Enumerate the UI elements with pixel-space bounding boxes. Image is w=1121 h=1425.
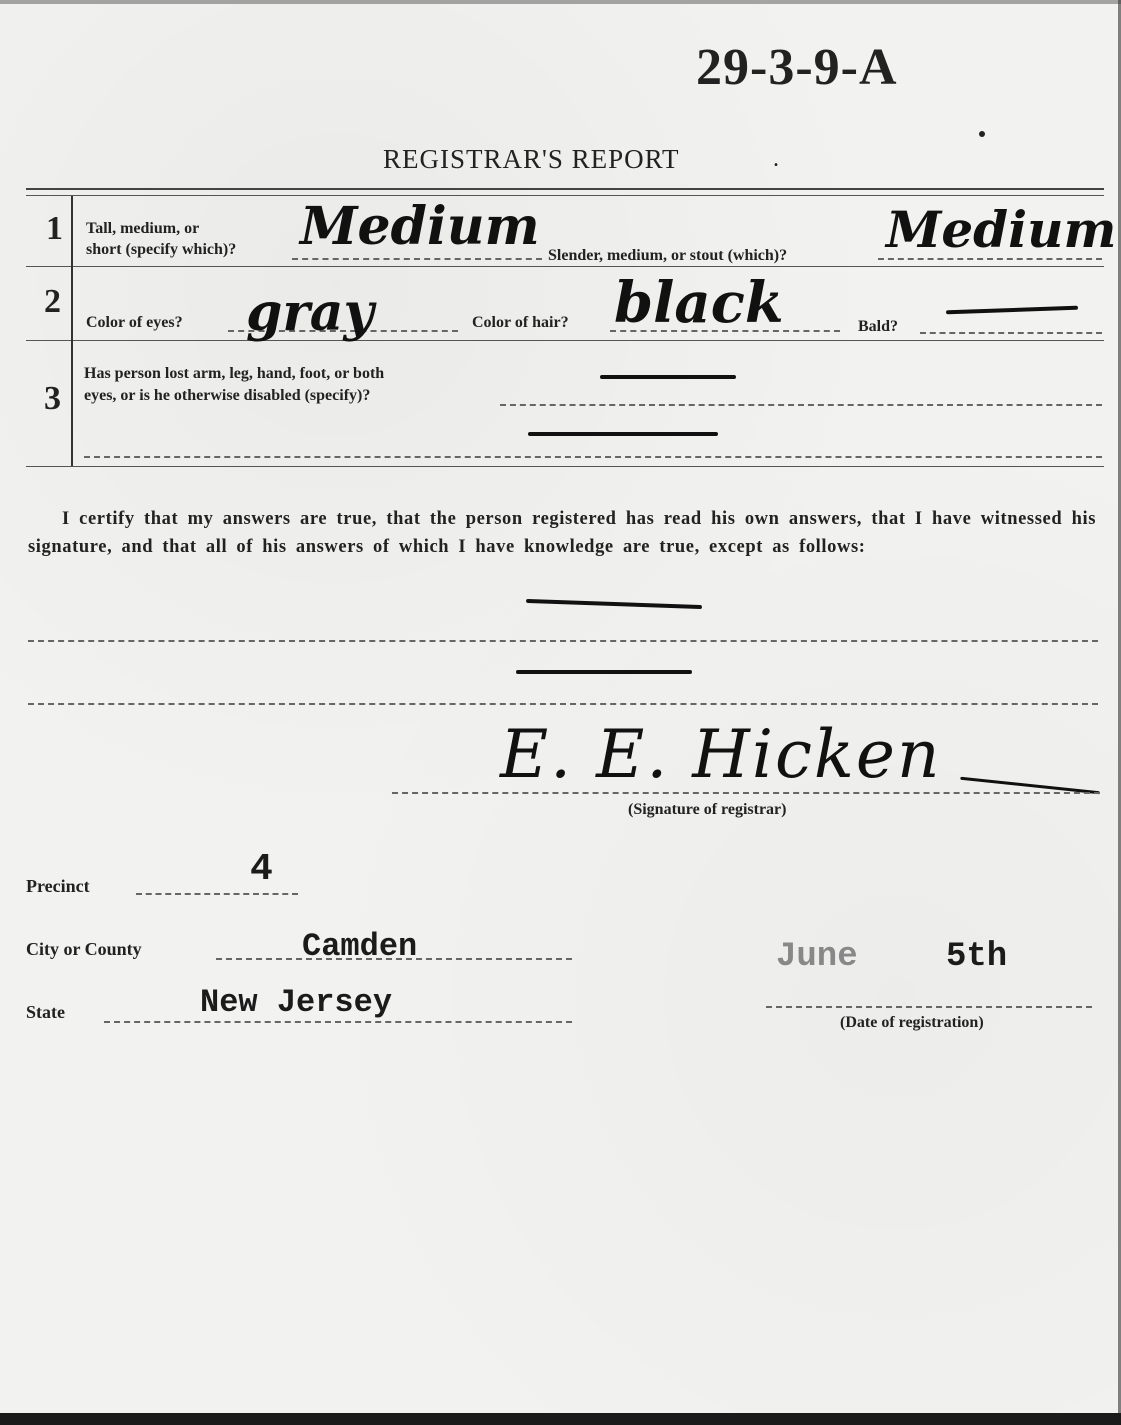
number-column-rule (71, 196, 73, 466)
city-label: City or County (26, 940, 142, 959)
date-caption: (Date of registration) (840, 1014, 984, 1032)
eye-color-value: gray (246, 282, 374, 343)
serial-number: 29-3-9-A (696, 38, 898, 97)
state-value: New Jersey (200, 984, 392, 1021)
signature-caption: (Signature of registrar) (628, 801, 786, 819)
exception-line-1 (28, 640, 1098, 642)
hair-color-value: black (614, 270, 784, 336)
precinct-value: 4 (250, 848, 273, 891)
exception-line-2 (28, 703, 1098, 705)
bald-label: Bald? (858, 317, 898, 336)
table-bottom-rule (26, 466, 1104, 467)
state-line (104, 1021, 572, 1023)
scan-edge-bottom (0, 1413, 1121, 1425)
title-mark: . (773, 146, 779, 173)
row-number: 3 (44, 380, 61, 418)
date-line (766, 1006, 1092, 1008)
precinct-label: Precinct (26, 877, 90, 896)
city-value: Camden (302, 928, 417, 965)
ink-dot (979, 131, 985, 137)
date-day: 5th (946, 938, 1007, 976)
certification-text: I certify that my answers are true, that… (28, 505, 1096, 561)
table-top-rule-2 (26, 195, 1104, 196)
registration-card: 29-3-9-A REGISTRAR'S REPORT . 1 Tall, me… (0, 0, 1121, 1425)
build-value: Medium (886, 200, 1116, 259)
disability-label-line1: Has person lost arm, leg, hand, foot, or… (84, 364, 384, 383)
page-title: REGISTRAR'S REPORT (383, 144, 680, 175)
exception-dash-1 (526, 599, 702, 609)
row-divider-2 (26, 340, 1104, 341)
height-label-line2: short (specify which)? (86, 240, 236, 259)
bald-value-dash (946, 306, 1078, 315)
height-label-line1: Tall, medium, or (86, 219, 199, 238)
state-label: State (26, 1003, 65, 1022)
disability-answer-line (500, 404, 1102, 406)
scan-edge-top (0, 0, 1121, 4)
disability-answer-line-2 (84, 456, 1102, 458)
disability-label-line2: eyes, or is he otherwise disabled (speci… (84, 386, 370, 405)
row-number: 2 (44, 283, 61, 321)
registrar-signature: E. E. Hicken (500, 716, 941, 793)
precinct-line (136, 893, 298, 895)
table-top-rule (26, 188, 1104, 190)
row-divider-1 (26, 266, 1104, 267)
exception-dash-2 (516, 670, 692, 674)
signature-line (392, 792, 1100, 794)
row-number: 1 (46, 210, 63, 248)
bald-answer-line (920, 332, 1102, 334)
height-value: Medium (300, 196, 540, 257)
disability-value-dash-2 (528, 432, 718, 436)
height-answer-line (292, 258, 542, 260)
build-label: Slender, medium, or stout (which)? (548, 246, 787, 265)
eye-color-label: Color of eyes? (86, 313, 183, 332)
disability-value-dash (600, 375, 736, 379)
hair-color-label: Color of hair? (472, 313, 569, 332)
date-month: June (776, 938, 858, 976)
